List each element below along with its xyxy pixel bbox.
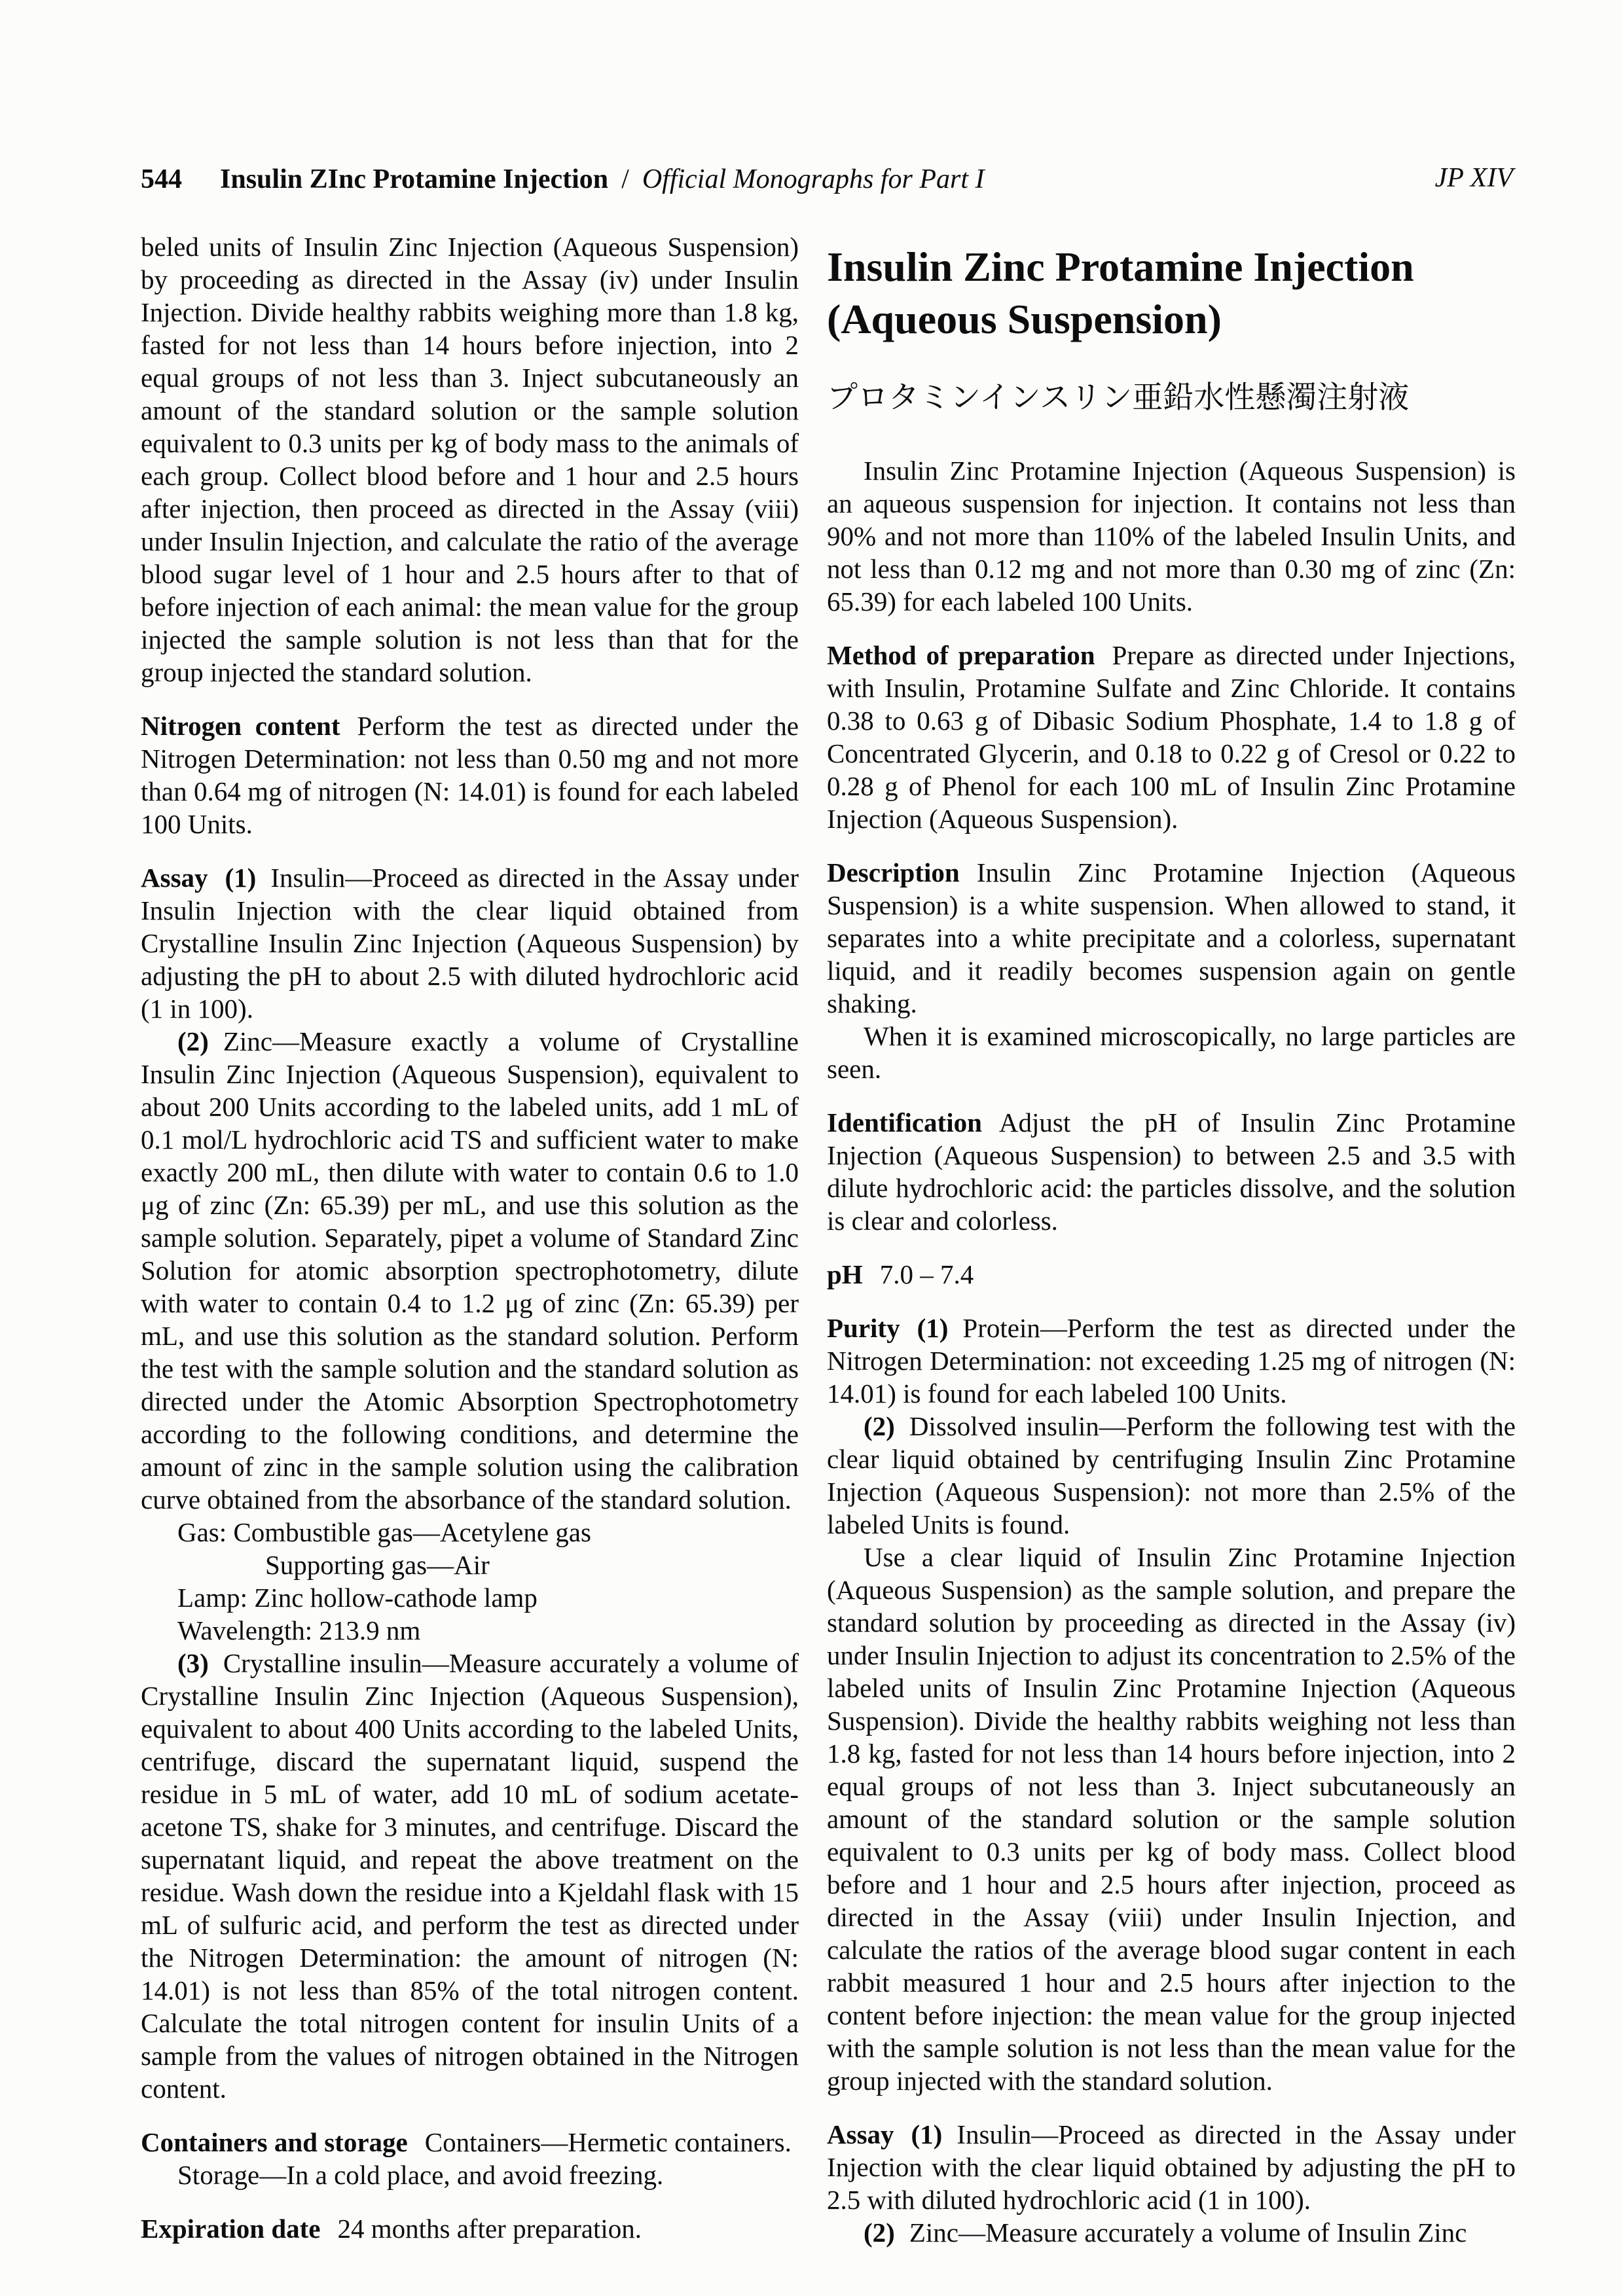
section-heading-ph: pH — [827, 1259, 863, 1289]
assay-right-item2-paragraph: (2)Zinc—Measure accurately a volume of I… — [827, 2216, 1516, 2249]
purity-item2-body: Dissolved insulin—Perform the following … — [827, 1411, 1516, 1539]
section-heading-description: Description — [827, 857, 960, 888]
assay-left-item2-number: (2) — [177, 1026, 209, 1056]
running-head-article-title: Insulin ZInc Protamine Injection — [220, 164, 608, 194]
assay-left-item2-body: Zinc—Measure exactly a volume of Crystal… — [141, 1026, 799, 1515]
description-paragraph-2: When it is examined microscopically, no … — [827, 1020, 1516, 1085]
monograph-intro-paragraph: Insulin Zinc Protamine Injection (Aqueou… — [827, 454, 1516, 618]
page-number: 544 — [141, 164, 182, 194]
containers-body: Containers—Hermetic containers. — [425, 2127, 792, 2157]
monograph-title-japanese: プロタミンインスリン亜鉛水性懸濁注射液 — [827, 380, 1516, 416]
document-page: 544Insulin ZInc Protamine Injection/Offi… — [0, 0, 1623, 2296]
assay-left-item3-paragraph: (3)Crystalline insulin—Measure accuratel… — [141, 1647, 799, 2105]
purity-item2-paragraph: (2)Dissolved insulin—Perform the followi… — [827, 1410, 1516, 1541]
assay-right-item2-body: Zinc—Measure accurately a volume of Insu… — [909, 2217, 1467, 2248]
section-description: DescriptionInsulin Zinc Protamine Inject… — [827, 856, 1516, 1020]
monograph-title-line2: (Aqueous Suspension) — [827, 296, 1222, 342]
edition-label: JP XIV — [1435, 162, 1513, 194]
section-purity: Purity(1)Protein—Perform the test as dir… — [827, 1312, 1516, 1410]
section-nitrogen-content: Nitrogen contentPerform the test as dire… — [141, 709, 799, 840]
running-head-separator: / — [621, 164, 629, 194]
assay-right-item2-number: (2) — [864, 2217, 895, 2248]
section-heading-method: Method of preparation — [827, 640, 1095, 670]
section-heading-containers: Containers and storage — [141, 2127, 408, 2157]
purity-item2-number: (2) — [864, 1411, 895, 1441]
storage-line: Storage—In a cold place, and avoid freez… — [141, 2159, 799, 2191]
ph-value: 7.0 – 7.4 — [880, 1259, 974, 1289]
purity-item1-number: (1) — [917, 1313, 949, 1343]
assay-lamp-line: Lamp: Zinc hollow-cathode lamp — [141, 1581, 799, 1614]
assay-wavelength-line: Wavelength: 213.9 nm — [141, 1614, 799, 1647]
section-ph: pH7.0 – 7.4 — [827, 1258, 1516, 1291]
section-heading-purity: Purity — [827, 1313, 900, 1343]
section-identification: IdentificationAdjust the pH of Insulin Z… — [827, 1106, 1516, 1237]
section-heading-nitrogen-content: Nitrogen content — [141, 711, 340, 741]
assay-supporting-gas-line: Supporting gas—Air — [141, 1549, 799, 1581]
assay-left-item2-paragraph: (2)Zinc—Measure exactly a volume of Crys… — [141, 1025, 799, 1516]
running-head-book-title: Official Monographs for Part I — [642, 164, 985, 194]
assay-left-item1-number: (1) — [225, 863, 257, 893]
continuation-paragraph: beled units of Insulin Zinc Injection (A… — [141, 230, 799, 689]
section-heading-assay-right: Assay — [827, 2119, 894, 2149]
section-heading-assay-left: Assay — [141, 863, 208, 893]
section-expiration-date: Expiration date24 months after preparati… — [141, 2212, 799, 2245]
section-assay-left: Assay(1)Insulin—Proceed as directed in t… — [141, 861, 799, 1025]
section-assay-right: Assay(1)Insulin—Proceed as directed in t… — [827, 2118, 1516, 2216]
section-heading-expiration: Expiration date — [141, 2214, 321, 2244]
right-column: Insulin Zinc Protamine Injection (Aqueou… — [827, 241, 1516, 2249]
assay-gas-line: Gas: Combustible gas—Acetylene gas — [141, 1516, 799, 1549]
section-containers-and-storage: Containers and storageContainers—Hermeti… — [141, 2126, 799, 2159]
left-column: beled units of Insulin Zinc Injection (A… — [141, 230, 799, 2245]
monograph-title-line1: Insulin Zinc Protamine Injection — [827, 243, 1414, 290]
assay-right-item1-number: (1) — [911, 2119, 943, 2149]
assay-left-item3-number: (3) — [177, 1648, 209, 1678]
section-method-of-preparation: Method of preparationPrepare as directed… — [827, 639, 1516, 835]
purity-paragraph-3: Use a clear liquid of Insulin Zinc Prota… — [827, 1541, 1516, 2097]
running-head: 544Insulin ZInc Protamine Injection/Offi… — [141, 162, 1516, 196]
assay-left-item3-body: Crystalline insulin—Measure accurately a… — [141, 1648, 799, 2104]
monograph-title: Insulin Zinc Protamine Injection (Aqueou… — [827, 241, 1516, 346]
expiration-body: 24 months after preparation. — [338, 2214, 642, 2244]
section-heading-identification: Identification — [827, 1107, 982, 1138]
